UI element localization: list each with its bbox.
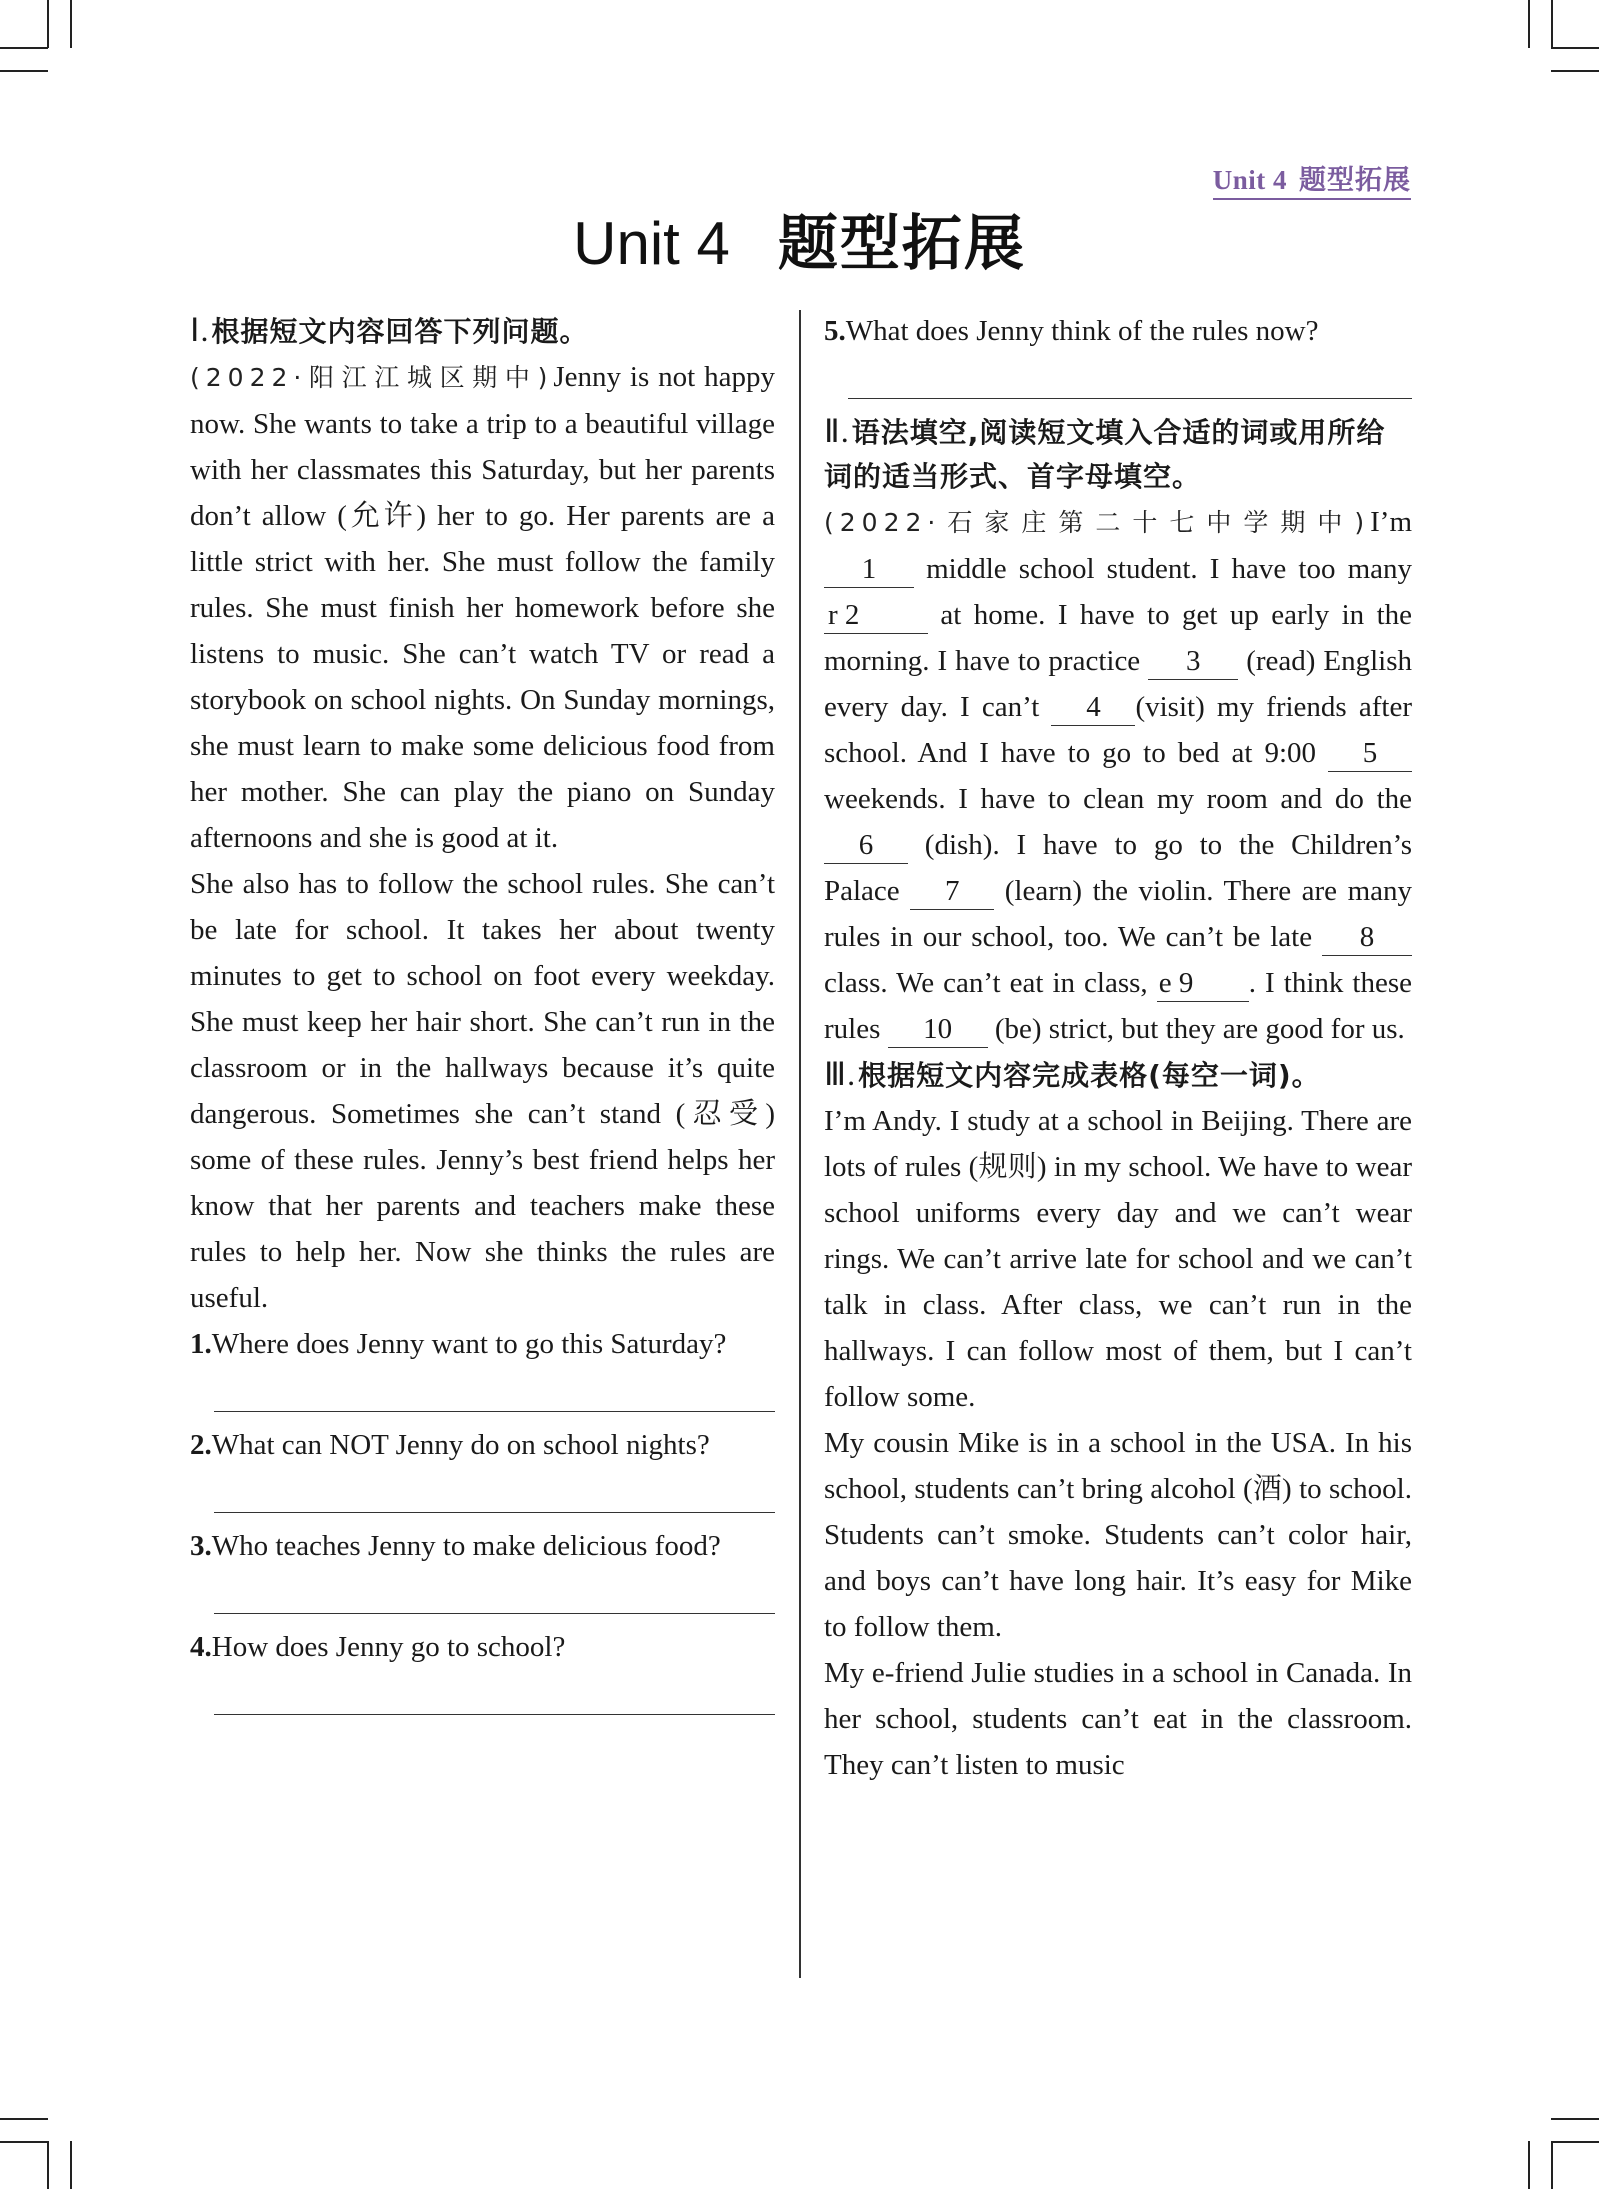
answer-line-3[interactable] [214, 1569, 775, 1614]
question-3: 3.Who teaches Jenny to make delicious fo… [190, 1523, 775, 1569]
text: middle school student. I have too many [926, 553, 1412, 585]
page-title: Unit 4题型拓展 [0, 206, 1599, 282]
crop-mark-bl-h1 [0, 2118, 48, 2120]
text: class. We can’t eat in class, [824, 967, 1148, 999]
page-title-label: 题型拓展 [778, 209, 1026, 279]
question-5: 5.What does Jenny think of the rules now… [824, 308, 1412, 354]
answer-line-2[interactable] [214, 1468, 775, 1513]
answer-line-4[interactable] [214, 1670, 775, 1715]
section-1-passage-p2: She also has to follow the school rules.… [190, 861, 775, 1321]
crop-mark-bl-v2 [70, 2141, 72, 2189]
question-3-number: 3. [190, 1523, 212, 1569]
right-column: 5.What does Jenny think of the rules now… [824, 308, 1412, 1788]
question-1-number: 1. [190, 1321, 212, 1367]
crop-mark-tl-h2 [0, 70, 48, 72]
section-2-number: Ⅱ. [824, 413, 850, 449]
crop-mark-tr-v1 [1528, 0, 1530, 48]
question-1: 1.Where does Jenny want to go this Satur… [190, 1321, 775, 1367]
text: weekends. I have to clean my room and do… [824, 783, 1412, 815]
section-3-paragraph-1: I’m Andy. I study at a school in Beijing… [824, 1098, 1412, 1420]
crop-mark-bl-h2 [0, 2141, 48, 2143]
section-2-heading: Ⅱ.语法填空,阅读短文填入合适的词或用所给词的适当形式、首字母填空。 [824, 409, 1412, 499]
section-2-source: (2022·石家庄第二十七中学期中) [824, 508, 1370, 537]
crop-mark-tr-h1 [1551, 47, 1599, 49]
running-head-label: 题型拓展 [1299, 165, 1411, 196]
blank-1[interactable]: 1 [824, 551, 914, 588]
section-1-instruction: 根据短文内容回答下列问题。 [211, 315, 588, 348]
question-2: 2.What can NOT Jenny do on school nights… [190, 1422, 775, 1468]
section-3-number: Ⅲ. [824, 1056, 856, 1092]
left-column: Ⅰ.根据短文内容回答下列问题。 (2022·阳江江城区期中)Jenny is n… [190, 308, 775, 1725]
section-3-paragraph-2: My cousin Mike is in a school in the USA… [824, 1420, 1412, 1650]
text: (be) strict, but they are good for us. [995, 1013, 1405, 1045]
question-2-text: What can NOT Jenny do on school nights? [212, 1422, 775, 1468]
crop-mark-tl-v2 [70, 0, 72, 48]
section-1-heading: Ⅰ.根据短文内容回答下列问题。 [190, 308, 775, 354]
blank-10[interactable]: 10 [888, 1011, 988, 1048]
answer-line-5[interactable] [848, 354, 1412, 399]
blank-9[interactable]: e 9 [1157, 965, 1249, 1002]
blank-5[interactable]: 5 [1328, 735, 1412, 772]
crop-mark-tr-h2 [1551, 70, 1599, 72]
section-1-source: (2022·阳江江城区期中) [190, 363, 553, 392]
section-3-heading: Ⅲ.根据短文内容完成表格(每空一词)。 [824, 1052, 1412, 1098]
question-5-text: What does Jenny think of the rules now? [846, 308, 1412, 354]
crop-mark-tl-h1 [0, 47, 48, 49]
crop-mark-br-v1 [1528, 2141, 1530, 2189]
question-3-text: Who teaches Jenny to make delicious food… [212, 1523, 775, 1569]
question-1-text: Where does Jenny want to go this Saturda… [212, 1321, 775, 1367]
blank-3[interactable]: 3 [1148, 643, 1238, 680]
blank-4[interactable]: 4 [1051, 689, 1135, 726]
question-4-number: 4. [190, 1624, 212, 1670]
section-1-paragraph-1: Jenny is not happy now. She wants to tak… [190, 361, 775, 854]
section-3-paragraph-3: My e-friend Julie studies in a school in… [824, 1650, 1412, 1788]
answer-line-1[interactable] [214, 1367, 775, 1412]
crop-mark-tl-v1 [47, 0, 49, 48]
section-2-passage: (2022·石家庄第二十七中学期中)I’m 1 middle school st… [824, 499, 1412, 1052]
crop-mark-br-h2 [1551, 2141, 1599, 2143]
crop-mark-tr-v2 [1551, 0, 1553, 48]
text: I’m [1370, 506, 1412, 538]
crop-mark-br-v2 [1551, 2141, 1553, 2189]
crop-mark-bl-v1 [47, 2141, 49, 2189]
column-divider [799, 310, 801, 1978]
section-1-number: Ⅰ. [190, 312, 209, 348]
blank-6[interactable]: 6 [824, 827, 908, 864]
blank-8[interactable]: 8 [1322, 919, 1412, 956]
question-2-number: 2. [190, 1422, 212, 1468]
crop-mark-br-h1 [1551, 2118, 1599, 2120]
blank-7[interactable]: 7 [910, 873, 994, 910]
page-title-unit: Unit 4 [573, 210, 730, 277]
question-4: 4.How does Jenny go to school? [190, 1624, 775, 1670]
blank-2[interactable]: r 2 [824, 597, 928, 634]
section-3-instruction: 根据短文内容完成表格(每空一词)。 [858, 1059, 1321, 1092]
question-4-text: How does Jenny go to school? [212, 1624, 775, 1670]
running-head-unit: Unit 4 [1213, 165, 1287, 195]
section-1-passage-p1: (2022·阳江江城区期中)Jenny is not happy now. Sh… [190, 354, 775, 861]
question-5-number: 5. [824, 308, 846, 354]
running-head: Unit 4题型拓展 [1213, 164, 1411, 200]
section-2-instruction: 语法填空,阅读短文填入合适的词或用所给词的适当形式、首字母填空。 [824, 416, 1385, 493]
